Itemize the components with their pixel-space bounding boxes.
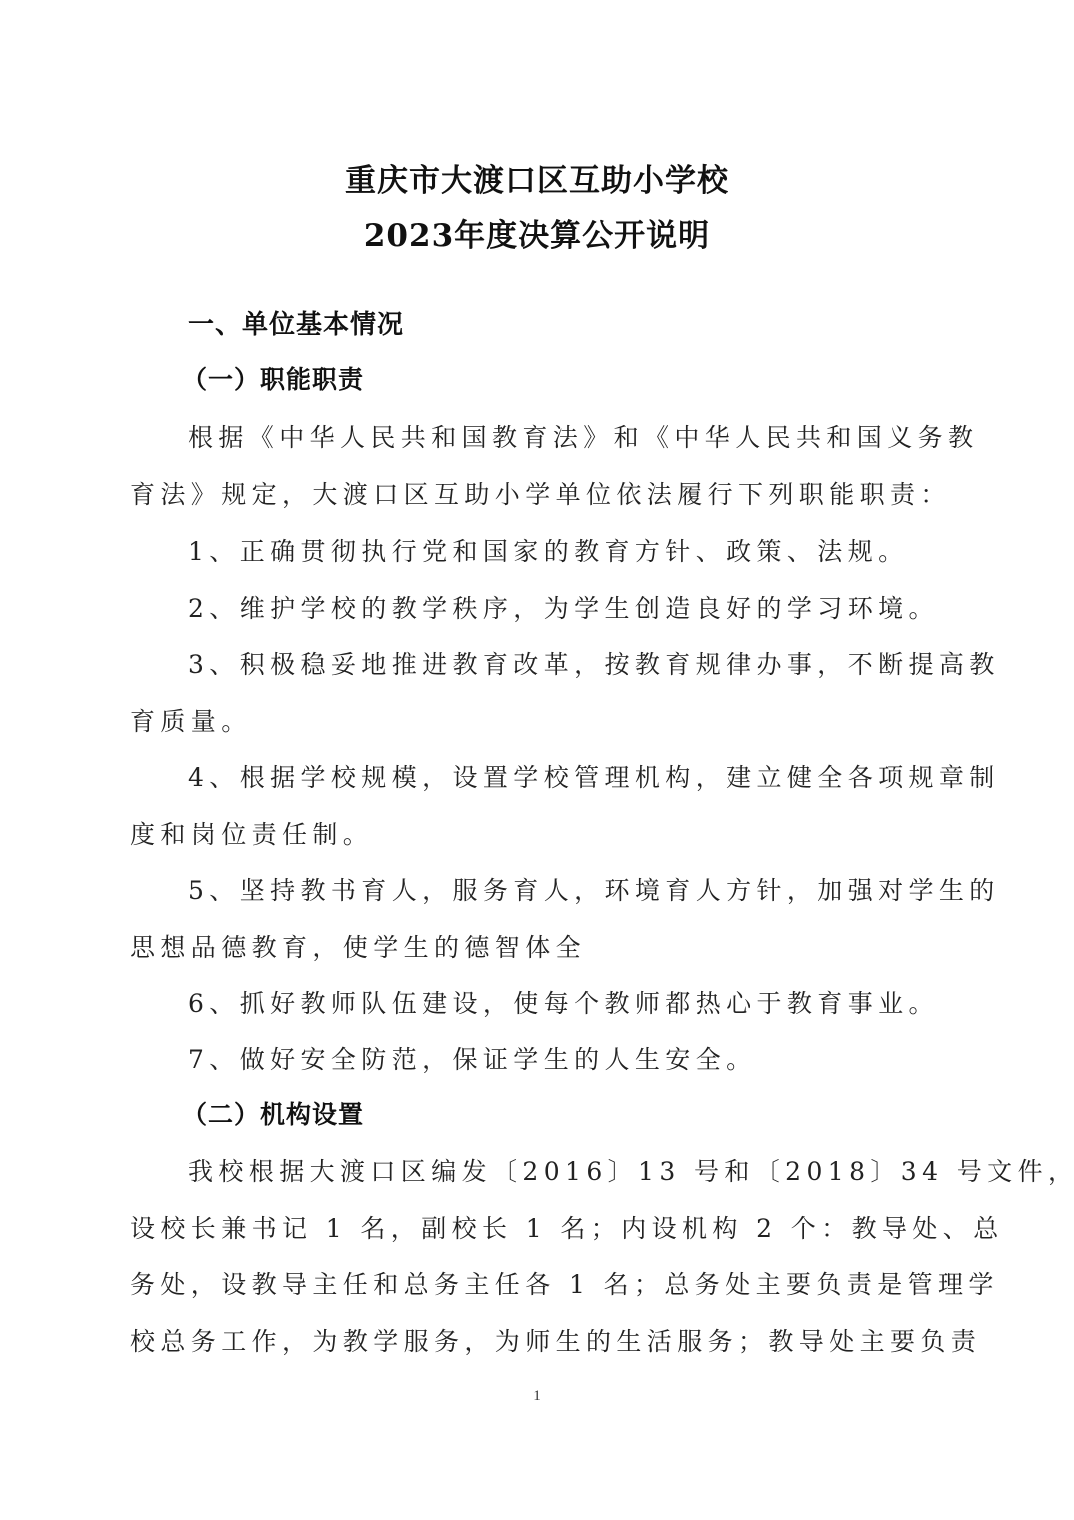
duty-item-5-cont: 思想品德教育，使学生的德智体全 bbox=[130, 928, 586, 964]
duty-item-2: 2、维护学校的教学秩序，为学生创造良好的学习环境。 bbox=[188, 589, 939, 625]
document-title-line1: 重庆市大渡口区互助小学校 bbox=[0, 155, 1074, 200]
paragraph-line: 务处，设教导主任和总务主任各 1 名；总务处主要负责是管理学 bbox=[130, 1265, 999, 1301]
duty-item-3-cont: 育质量。 bbox=[130, 702, 252, 738]
duty-item-5: 5、坚持教书育人，服务育人，环境育人方针，加强对学生的 bbox=[188, 871, 1000, 907]
duty-item-6: 6、抓好教师队伍建设，使每个教师都热心于教育事业。 bbox=[188, 984, 939, 1020]
duty-item-1: 1、正确贯彻执行党和国家的教育方针、政策、法规。 bbox=[188, 532, 909, 568]
document-page: 重庆市大渡口区互助小学校 2023年度决算公开说明 一、单位基本情况 （一）职能… bbox=[0, 0, 1074, 1520]
subsection-heading-organization: （二）机构设置 bbox=[182, 1095, 364, 1131]
paragraph-line: 根据《中华人民共和国教育法》和《中华人民共和国义务教 bbox=[188, 418, 978, 454]
duty-item-7: 7、做好安全防范，保证学生的人生安全。 bbox=[188, 1040, 757, 1076]
paragraph-line: 设校长兼书记 1 名，副校长 1 名；内设机构 2 个：教导处、总 bbox=[130, 1209, 1004, 1245]
paragraph-line: 育法》规定，大渡口区互助小学单位依法履行下列职能职责： bbox=[130, 475, 951, 511]
paragraph-line: 我校根据大渡口区编发〔2016〕13 号和〔2018〕34 号文件， bbox=[188, 1152, 1074, 1188]
section-heading-basic-info: 一、单位基本情况 bbox=[188, 304, 404, 341]
paragraph-line: 校总务工作，为教学服务，为师生的生活服务；教导处主要负责 bbox=[130, 1322, 981, 1358]
duty-item-4: 4、根据学校规模，设置学校管理机构，建立健全各项规章制 bbox=[188, 758, 1000, 794]
duty-item-3: 3、积极稳妥地推进教育改革，按教育规律办事，不断提高教 bbox=[188, 645, 1000, 681]
page-number: 1 bbox=[0, 1388, 1074, 1405]
subsection-heading-duties: （一）职能职责 bbox=[182, 360, 364, 396]
duty-item-4-cont: 度和岗位责任制。 bbox=[130, 815, 373, 851]
document-title-line2: 2023年度决算公开说明 bbox=[0, 210, 1074, 255]
